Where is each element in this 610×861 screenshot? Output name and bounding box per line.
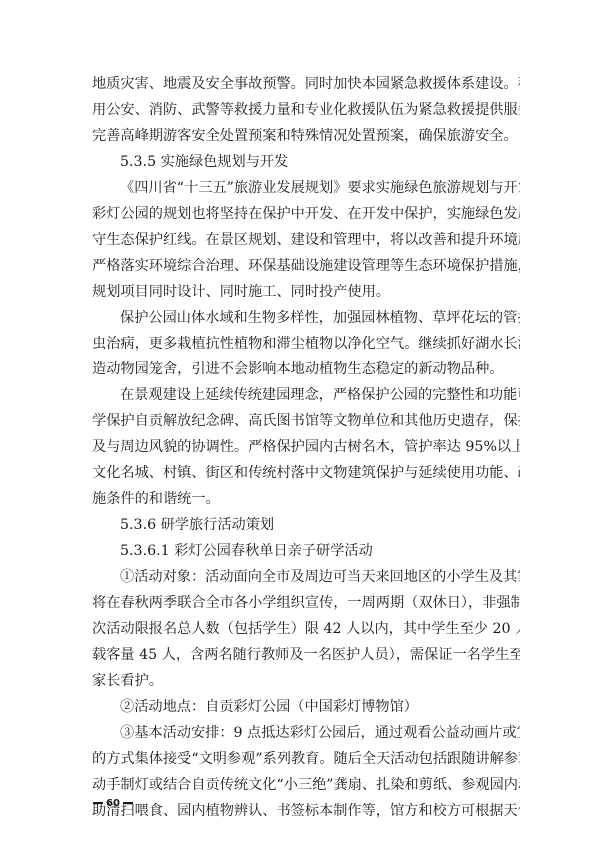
text-line: 助清扫喂食、园内植物辨认、书签标本制作等，馆方和校方可根据天气情况、学 <box>92 799 520 825</box>
text-line: ②活动地点：自贡彩灯公园（中国彩灯博物馆） <box>92 695 520 721</box>
text-line: 文化名城、村镇、街区和传统村落中文物建筑保护与延续使用功能、改善基础设 <box>92 461 520 487</box>
text-line: 在景观建设上延续传统建园理念，严格保护公园的完整性和功能可持续。科 <box>92 383 520 409</box>
text-line: 保护公园山体水域和生物多样性，加强园林植物、草坪花坛的管护修复与防 <box>92 306 520 332</box>
text-line: 学保护自贡解放纪念碑、高氏图书馆等文物单位和其他历史遗存，保持其原真性 <box>92 409 520 435</box>
text-line: 及与周边风貌的协调性。严格保护园内古树名木，管护率达 95%以上。注重历史 <box>92 435 520 461</box>
dash-left <box>93 802 103 803</box>
page-footer: 60 <box>90 798 136 809</box>
text-line: 次活动限报名总人数（包括学生）限 42 人以内，其中学生至少 20 人（普通客车 <box>92 617 520 643</box>
page-number: 60 <box>106 798 120 809</box>
section-heading-5-3-5: 5.3.5 实施绿色规划与开发 <box>92 150 520 176</box>
text-line: ③基本活动安排：9 点抵达彩灯公园后，通过观看公益动画片或宣教员讲解 <box>92 721 520 747</box>
text-line: 守生态保护红线。在景区规划、建设和管理中，将以改善和提升环境质量为重点， <box>92 228 520 254</box>
text-line: 《四川省“十三五”旅游业发展规划》要求实施绿色旅游规划与开发。对于 <box>92 176 520 202</box>
section-heading-5-3-6: 5.3.6 研学旅行活动策划 <box>92 513 520 539</box>
text-line: 地质灾害、地震及安全事故预警。同时加快本园紧急救援体系建设。积极联动利 <box>92 72 520 98</box>
text-line: 虫治病，更多栽植抗性植物和滞尘植物以净化空气。继续抓好湖水长清治本。改 <box>92 332 520 358</box>
text-line: 动手制灯或结合自贡传统文化“小三绝”龚扇、扎染和剪纸、参观园内动物并协 <box>92 773 520 799</box>
text-line: 施条件的和谐统一。 <box>92 487 520 513</box>
text-line: ①活动对象：活动面向全市及周边可当天来回地区的小学生及其家长。我馆 <box>92 565 520 591</box>
text-line: 严格落实环境综合治理、环保基础设施建设管理等生态环境保护措施，并与旅游 <box>92 254 520 280</box>
text-line: 造动物园笼舍，引进不会影响本地动植物生态稳定的新动物品种。 <box>92 357 520 383</box>
text-line: 规划项目同时设计、同时施工、同时投产使用。 <box>92 280 520 306</box>
document-body: 地质灾害、地震及安全事故预警。同时加快本园紧急救援体系建设。积极联动利 用公安、… <box>92 72 520 825</box>
text-line: 载客量 45 人，含两名随行教师及一名医护人员），需保证一名学生至少有一位 <box>92 643 520 669</box>
text-line: 将在春秋两季联合全市各小学组织宣传，一周两期（双休日），非强制参与，每 <box>92 591 520 617</box>
text-line: 彩灯公园的规划也将坚持在保护中开发、在开发中保护，实施绿色发展规划，严 <box>92 202 520 228</box>
text-line: 完善高峰期游客安全处置预案和特殊情况处置预案，确保旅游安全。 <box>92 124 520 150</box>
text-line: 用公安、消防、武警等救援力量和专业化救援队伍为紧急救援提供服务的新机制。 <box>92 98 520 124</box>
text-line: 的方式集体接受“文明参观”系列教育。随后全天活动包括跟随讲解参观博物馆、 <box>92 747 520 773</box>
dash-right <box>123 802 133 803</box>
section-heading-5-3-6-1: 5.3.6.1 彩灯公园春秋单日亲子研学活动 <box>92 539 520 565</box>
text-line: 家长看护。 <box>92 669 520 695</box>
